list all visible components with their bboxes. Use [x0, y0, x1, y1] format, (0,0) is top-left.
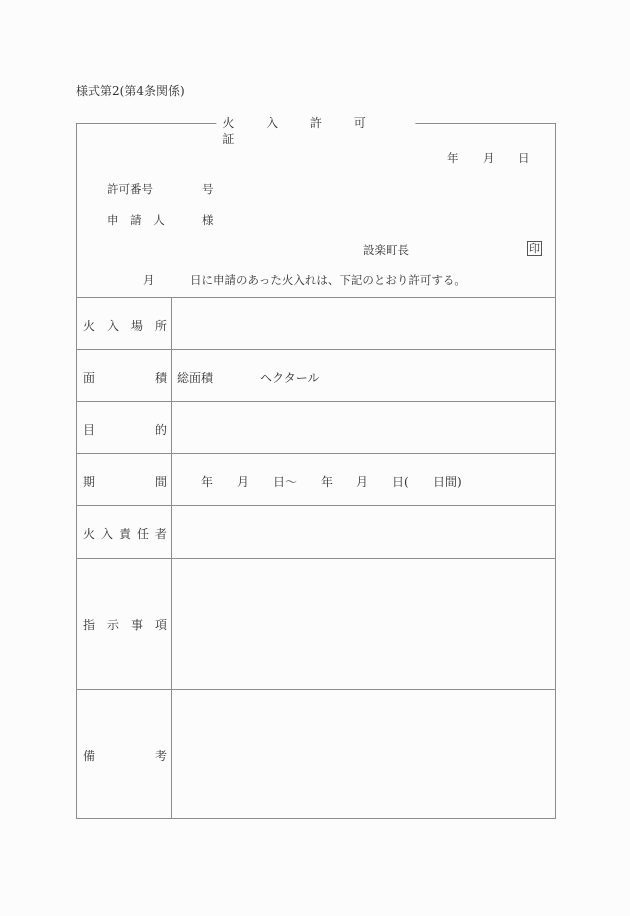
divider	[77, 505, 555, 506]
period-end-day: 日(	[392, 473, 409, 490]
area-unit: ヘクタール	[260, 369, 320, 386]
divider	[77, 349, 555, 350]
label-burn-location: 火入場所	[83, 317, 167, 334]
divider	[77, 297, 555, 298]
period-end-month: 月	[356, 473, 368, 490]
burn-location-field[interactable]	[177, 317, 547, 337]
divider	[77, 453, 555, 454]
area-prefix: 総面積	[177, 369, 213, 386]
date-year: 年	[447, 150, 459, 166]
period-start-day: 日〜	[273, 473, 297, 490]
date-day: 日	[518, 150, 530, 166]
statement-month: 月	[143, 272, 155, 288]
period-start-year: 年	[201, 473, 213, 490]
purpose-field[interactable]	[177, 421, 547, 441]
permit-form: 火 入 許 可 証 年 月 日 許可番号 号 申 請 人 様 設楽町長 印 月 …	[76, 123, 556, 819]
form-title: 火 入 許 可 証	[216, 115, 415, 147]
label-remarks: 備考	[83, 747, 167, 764]
label-instructions: 指示事項	[83, 616, 167, 633]
divider	[77, 558, 555, 559]
label-purpose: 目的	[83, 421, 167, 438]
label-period: 期間	[83, 473, 167, 490]
permit-number-label: 許可番号	[107, 181, 153, 197]
divider	[77, 401, 555, 402]
label-area: 面積	[83, 369, 167, 386]
remarks-field[interactable]	[177, 700, 547, 810]
column-divider	[171, 297, 172, 818]
label-responsible-person: 火入責任者	[83, 525, 167, 542]
applicant-suffix: 様	[202, 212, 214, 228]
date-month: 月	[483, 150, 495, 166]
period-start-month: 月	[237, 473, 249, 490]
permit-number-suffix: 号	[202, 181, 214, 197]
statement-text: 日に申請のあった火入れは、下記のとおり許可する。	[190, 272, 466, 288]
period-end-year: 年	[321, 473, 333, 490]
form-id: 様式第2(第4条関係)	[76, 82, 185, 99]
applicant-label: 申 請 人	[107, 212, 169, 228]
instructions-field[interactable]	[177, 569, 547, 679]
seal-mark: 印	[527, 241, 542, 256]
period-days: 日間)	[433, 473, 462, 490]
issuer: 設楽町長	[363, 242, 409, 258]
divider	[77, 689, 555, 690]
responsible-person-field[interactable]	[177, 525, 547, 545]
